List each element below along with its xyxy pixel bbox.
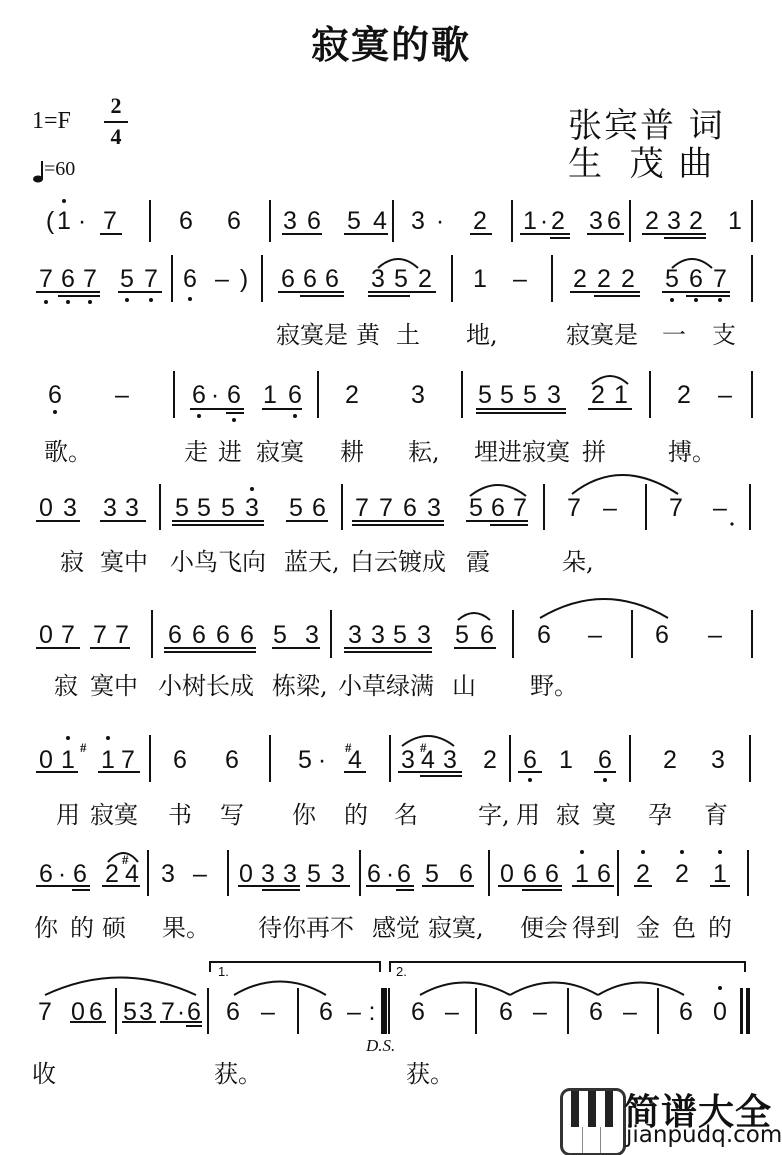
lyric: 寂 xyxy=(60,542,84,577)
note: 2 xyxy=(689,207,703,236)
note: 7 xyxy=(513,494,527,523)
dash: – xyxy=(347,998,361,1027)
lyric: 便会 xyxy=(520,908,568,943)
note: 5 xyxy=(298,746,312,775)
dot: · xyxy=(177,998,185,1027)
lyric: 寂寞, xyxy=(428,908,484,943)
lyric: 黄 xyxy=(356,315,380,350)
dash: – xyxy=(445,998,459,1027)
note: 3 xyxy=(427,494,441,523)
dash: – xyxy=(603,494,617,523)
note: 6 xyxy=(288,381,302,410)
note: 3 xyxy=(371,621,385,650)
note: 5 xyxy=(307,860,321,889)
dot: · xyxy=(436,207,444,236)
lyric: 寂寞 xyxy=(256,432,304,467)
lyric: 获。 xyxy=(406,1054,454,1089)
note: 1 xyxy=(523,207,537,236)
time-signature-bar xyxy=(104,121,128,123)
lyric: 寂 xyxy=(556,795,580,830)
dash: – xyxy=(623,998,637,1027)
note: 3 xyxy=(283,860,297,889)
note: 7 xyxy=(567,494,581,523)
note: 6 xyxy=(655,621,669,650)
note: 7 xyxy=(103,207,117,236)
note: 6 xyxy=(39,860,53,889)
note: 3 xyxy=(417,621,431,650)
note: 6 xyxy=(480,621,494,650)
note: 7 xyxy=(144,265,158,294)
lyric: 寂 xyxy=(54,666,78,701)
note: 7 xyxy=(83,265,97,294)
note: 2 xyxy=(105,860,119,889)
note: 3 xyxy=(443,746,457,775)
dash: – xyxy=(215,265,229,294)
note: 7 xyxy=(669,494,683,523)
note: 6 xyxy=(307,207,321,236)
lyric: 书 xyxy=(168,795,192,830)
note: 5 xyxy=(221,494,235,523)
lyric: 白云镀成 xyxy=(350,542,446,577)
note: 6 xyxy=(73,860,87,889)
note: 2 xyxy=(597,265,611,294)
repeat-sign: : xyxy=(369,998,376,1027)
note: 6 xyxy=(607,207,621,236)
note: 6 xyxy=(168,621,182,650)
logo-url: jianpudq.com xyxy=(626,1122,782,1148)
note: 2 xyxy=(675,860,689,889)
note: 6 xyxy=(397,860,411,889)
note: 0 xyxy=(239,860,253,889)
note: 1 xyxy=(575,860,589,889)
lyric: 栋梁, xyxy=(272,666,328,701)
lyric: 走 xyxy=(184,432,208,467)
note: 5 xyxy=(455,621,469,650)
note: 6 xyxy=(325,265,339,294)
note: 6 xyxy=(403,494,417,523)
lyric: 用 xyxy=(56,795,80,830)
note: 3 xyxy=(371,265,385,294)
note: 6 xyxy=(367,860,381,889)
note: 7 xyxy=(38,998,52,1027)
note: 5 xyxy=(665,265,679,294)
note: 6 xyxy=(459,860,473,889)
note: 6 xyxy=(227,381,241,410)
note: 6 xyxy=(173,746,187,775)
note: 5 xyxy=(175,494,189,523)
note: 6 xyxy=(240,621,254,650)
note: 3 xyxy=(411,381,425,410)
note: 2 xyxy=(573,265,587,294)
note: 5 xyxy=(197,494,211,523)
note: 6 xyxy=(89,998,103,1027)
note: 6 xyxy=(679,998,693,1027)
tempo-marking: =60 xyxy=(44,158,75,181)
note: 3 xyxy=(547,381,561,410)
dash: – xyxy=(713,494,727,523)
piano-logo-icon xyxy=(560,1088,626,1155)
note: 4 xyxy=(373,207,387,236)
note: 6 xyxy=(589,998,603,1027)
lyric: 小鸟飞向 xyxy=(170,542,266,577)
lyric: 小草绿满 xyxy=(338,666,434,701)
time-signature-bottom: 4 xyxy=(104,124,128,150)
lyric: 搏。 xyxy=(668,432,716,467)
note: 7 xyxy=(61,621,75,650)
note: 2 xyxy=(645,207,659,236)
note: 3 xyxy=(411,207,425,236)
note: 1 xyxy=(728,207,742,236)
note: 3 xyxy=(589,207,603,236)
dash: – xyxy=(115,381,129,410)
lyric: 的 xyxy=(708,908,732,943)
note: 2 xyxy=(621,265,635,294)
lyric: 字, xyxy=(478,795,510,830)
lyric: 待你再不 xyxy=(258,908,354,943)
sharp-icon: # xyxy=(80,740,87,756)
volta-2-label: 2. xyxy=(396,964,407,979)
lyric: 埋进寂寞 xyxy=(474,432,570,467)
note: 0 xyxy=(39,494,53,523)
note: 1 xyxy=(61,746,75,775)
note: 0 xyxy=(71,998,85,1027)
dash: – xyxy=(513,265,527,294)
lyric: 用 xyxy=(516,795,540,830)
note: 6 xyxy=(312,494,326,523)
sharp-icon: # xyxy=(420,740,427,756)
note: 5 xyxy=(120,265,134,294)
sharp-icon: # xyxy=(345,740,352,756)
note: 2 xyxy=(483,746,497,775)
note: 2 xyxy=(473,207,487,236)
lyric: 耕 xyxy=(340,432,364,467)
lyric: 寞 xyxy=(592,795,616,830)
lyric: 你 xyxy=(292,795,316,830)
note: 6 xyxy=(319,998,333,1027)
lyric: 获。 xyxy=(214,1054,262,1089)
lyric: 感觉 xyxy=(372,908,420,943)
note: 5 xyxy=(425,860,439,889)
note: 6 xyxy=(597,860,611,889)
lyric: 你 xyxy=(34,908,58,943)
note: 6 xyxy=(537,621,551,650)
paren: ) xyxy=(240,265,248,294)
note: 2 xyxy=(636,860,650,889)
note: 1 xyxy=(473,265,487,294)
lyric: 歌。 xyxy=(44,432,92,467)
note: 6 xyxy=(491,494,505,523)
note: 0 xyxy=(39,621,53,650)
note: 0 xyxy=(39,746,53,775)
note: 1 xyxy=(614,381,628,410)
volta-1-label: 1. xyxy=(218,964,229,979)
dot: · xyxy=(211,381,219,410)
dot: · xyxy=(540,207,548,236)
note: 5 xyxy=(478,381,492,410)
lyric: 的 xyxy=(70,908,94,943)
note: 5 xyxy=(123,998,137,1027)
note: 3 xyxy=(261,860,275,889)
lyric: 野。 xyxy=(530,666,578,701)
note: 0 xyxy=(500,860,514,889)
paren: ( xyxy=(46,207,54,236)
note: 1 xyxy=(57,207,71,236)
note: 6 xyxy=(303,265,317,294)
dash: – xyxy=(193,860,207,889)
note: 6 xyxy=(225,746,239,775)
lyric: 育 xyxy=(704,795,728,830)
note: 6 xyxy=(499,998,513,1027)
lyric: 进 xyxy=(218,432,242,467)
note: 3 xyxy=(103,494,117,523)
note: 6 xyxy=(523,746,537,775)
dal-segno-marking: D.S. xyxy=(366,1036,395,1056)
note: 2 xyxy=(551,207,565,236)
note: 6 xyxy=(61,265,75,294)
note: 6 xyxy=(192,621,206,650)
dash: – xyxy=(708,621,722,650)
lyric: 一 xyxy=(662,315,686,350)
note: 7 xyxy=(121,746,135,775)
note: 3 xyxy=(161,860,175,889)
dash: – xyxy=(718,381,732,410)
note: 7 xyxy=(355,494,369,523)
lyric: 山 xyxy=(452,666,476,701)
lyric: 小树长成 xyxy=(158,666,254,701)
lyric: 朵, xyxy=(562,542,594,577)
lyric: 寞中 xyxy=(90,666,138,701)
note: 1 xyxy=(559,746,573,775)
note: 7 xyxy=(379,494,393,523)
dot: · xyxy=(386,860,394,889)
note: 5 xyxy=(500,381,514,410)
key-signature: 1=F xyxy=(32,108,71,135)
note: 0 xyxy=(713,998,727,1027)
note: 6 xyxy=(411,998,425,1027)
note: 6 xyxy=(545,860,559,889)
note: 3 xyxy=(305,621,319,650)
dot: · xyxy=(318,746,326,775)
lyric: 土 xyxy=(396,315,420,350)
note: 6 xyxy=(179,207,193,236)
lyric: 的 xyxy=(344,795,368,830)
lyric: 得到 xyxy=(572,908,620,943)
sharp-icon: # xyxy=(122,852,129,868)
note: 3 xyxy=(331,860,345,889)
dash: – xyxy=(588,621,602,650)
lyric: 支 xyxy=(712,315,736,350)
note: 3 xyxy=(711,746,725,775)
lyric: 耘, xyxy=(408,432,440,467)
lyric: 名 xyxy=(394,795,418,830)
lyric: 寂寞是 xyxy=(566,315,638,350)
note: 6 xyxy=(187,998,201,1027)
note: 2 xyxy=(591,381,605,410)
note: 7 xyxy=(39,265,53,294)
quarter-note-icon xyxy=(32,160,44,189)
note: 6 xyxy=(226,998,240,1027)
note: 6 xyxy=(183,265,197,294)
note: 6 xyxy=(281,265,295,294)
note: 5 xyxy=(469,494,483,523)
note: 7 xyxy=(93,621,107,650)
lyric: 收 xyxy=(32,1054,56,1089)
note: 1 xyxy=(101,746,115,775)
lyric: 写 xyxy=(220,795,244,830)
dash: – xyxy=(261,998,275,1027)
note: 7 xyxy=(115,621,129,650)
lyric: 蓝天, xyxy=(284,542,340,577)
note: 6 xyxy=(598,746,612,775)
note: 3 xyxy=(245,494,259,523)
lyric: 寂寞 xyxy=(90,795,138,830)
time-signature-top: 2 xyxy=(104,93,128,119)
note: 6 xyxy=(689,265,703,294)
note: 3 xyxy=(667,207,681,236)
lyric: 金 xyxy=(636,908,660,943)
lyric: 果。 xyxy=(162,908,210,943)
note: 5 xyxy=(289,494,303,523)
song-title: 寂寞的歌 xyxy=(0,14,782,69)
note: 6 xyxy=(227,207,241,236)
dash: – xyxy=(533,998,547,1027)
note: 3 xyxy=(125,494,139,523)
note: 7 xyxy=(713,265,727,294)
note: 7 xyxy=(161,998,175,1027)
lyric: 拼 xyxy=(582,432,606,467)
note: 2 xyxy=(345,381,359,410)
note: 6 xyxy=(192,381,206,410)
lyric: 硕 xyxy=(102,908,126,943)
note: 5 xyxy=(393,621,407,650)
note: 5 xyxy=(394,265,408,294)
note: 6 xyxy=(216,621,230,650)
note: 2 xyxy=(677,381,691,410)
note: 5 xyxy=(273,621,287,650)
lyric: 地, xyxy=(466,315,498,350)
dot: · xyxy=(78,207,86,236)
note: 1 xyxy=(263,381,277,410)
lyric: 寂寞是 xyxy=(276,315,348,350)
note: 3 xyxy=(139,998,153,1027)
dot: · xyxy=(58,860,66,889)
note: 2 xyxy=(418,265,432,294)
note: 5 xyxy=(523,381,537,410)
note: 1 xyxy=(713,860,727,889)
lyric: 色 xyxy=(672,908,696,943)
lyric: 寞中 xyxy=(100,542,148,577)
note: 6 xyxy=(523,860,537,889)
note: 3 xyxy=(63,494,77,523)
note: 3 xyxy=(283,207,297,236)
composer-credit: 生 茂 曲 xyxy=(568,136,714,185)
lyric: 孕 xyxy=(648,795,672,830)
note: 2 xyxy=(663,746,677,775)
note: 5 xyxy=(347,207,361,236)
lyric: 霞 xyxy=(466,542,490,577)
note: 6 xyxy=(48,381,62,410)
note: 3 xyxy=(348,621,362,650)
note: 3 xyxy=(401,746,415,775)
